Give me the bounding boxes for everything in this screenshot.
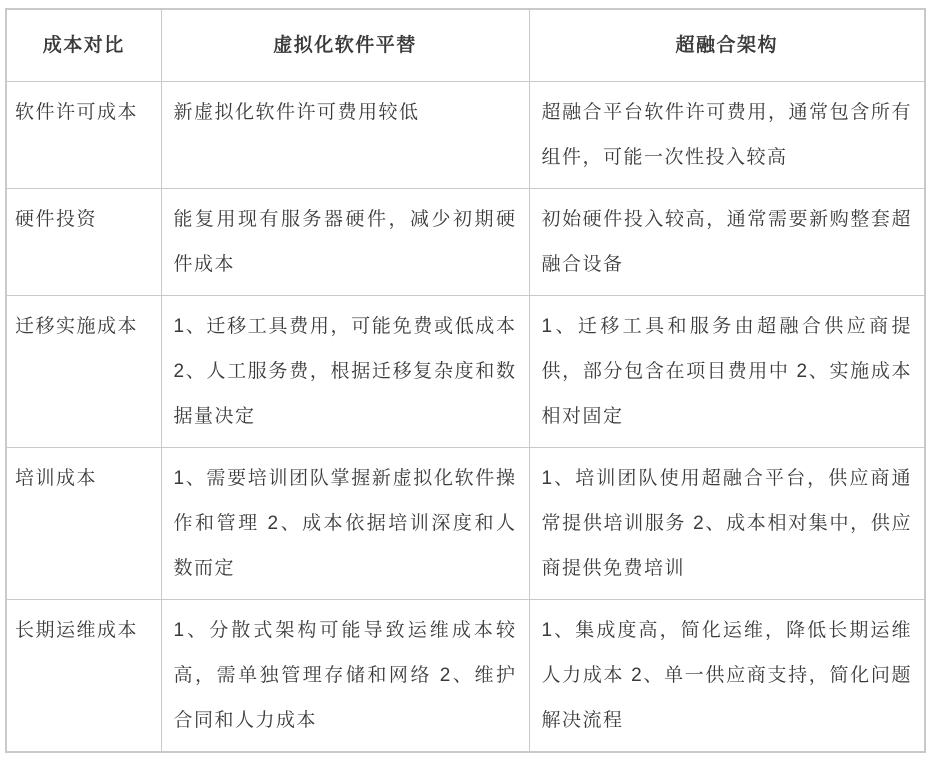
virtualization-cell: 1、迁移工具费用，可能免费或低成本 2、人工服务费，根据迁移复杂度和数据量决定 xyxy=(161,295,529,447)
cost-comparison-table: 成本对比 虚拟化软件平替 超融合架构 软件许可成本 新虚拟化软件许可费用较低 超… xyxy=(5,8,926,753)
virtualization-cell: 能复用现有服务器硬件，减少初期硬件成本 xyxy=(161,188,529,295)
row-category-cell: 软件许可成本 xyxy=(6,81,161,188)
row-category-cell: 迁移实施成本 xyxy=(6,295,161,447)
table-row: 硬件投资 能复用现有服务器硬件，减少初期硬件成本 初始硬件投入较高，通常需要新购… xyxy=(6,188,925,295)
header-cell-virtualization: 虚拟化软件平替 xyxy=(161,9,529,81)
hyperconverged-cell: 1、迁移工具和服务由超融合供应商提供，部分包含在项目费用中 2、实施成本相对固定 xyxy=(529,295,925,447)
header-row: 成本对比 虚拟化软件平替 超融合架构 xyxy=(6,9,925,81)
table-row: 长期运维成本 1、分散式架构可能导致运维成本较高，需单独管理存储和网络 2、维护… xyxy=(6,599,925,752)
row-category-cell: 培训成本 xyxy=(6,447,161,599)
virtualization-cell: 新虚拟化软件许可费用较低 xyxy=(161,81,529,188)
table-row: 软件许可成本 新虚拟化软件许可费用较低 超融合平台软件许可费用，通常包含所有组件… xyxy=(6,81,925,188)
hyperconverged-cell: 初始硬件投入较高，通常需要新购整套超融合设备 xyxy=(529,188,925,295)
row-category-cell: 长期运维成本 xyxy=(6,599,161,752)
table-row: 迁移实施成本 1、迁移工具费用，可能免费或低成本 2、人工服务费，根据迁移复杂度… xyxy=(6,295,925,447)
document-page: 成本对比 虚拟化软件平替 超融合架构 软件许可成本 新虚拟化软件许可费用较低 超… xyxy=(0,0,928,759)
hyperconverged-cell: 超融合平台软件许可费用，通常包含所有组件，可能一次性投入较高 xyxy=(529,81,925,188)
hyperconverged-cell: 1、培训团队使用超融合平台，供应商通常提供培训服务 2、成本相对集中，供应商提供… xyxy=(529,447,925,599)
virtualization-cell: 1、需要培训团队掌握新虚拟化软件操作和管理 2、成本依据培训深度和人数而定 xyxy=(161,447,529,599)
header-cell-hyperconverged: 超融合架构 xyxy=(529,9,925,81)
hyperconverged-cell: 1、集成度高，简化运维，降低长期运维人力成本 2、单一供应商支持，简化问题解决流… xyxy=(529,599,925,752)
row-category-cell: 硬件投资 xyxy=(6,188,161,295)
header-cell-category: 成本对比 xyxy=(6,9,161,81)
virtualization-cell: 1、分散式架构可能导致运维成本较高，需单独管理存储和网络 2、维护合同和人力成本 xyxy=(161,599,529,752)
table-row: 培训成本 1、需要培训团队掌握新虚拟化软件操作和管理 2、成本依据培训深度和人数… xyxy=(6,447,925,599)
